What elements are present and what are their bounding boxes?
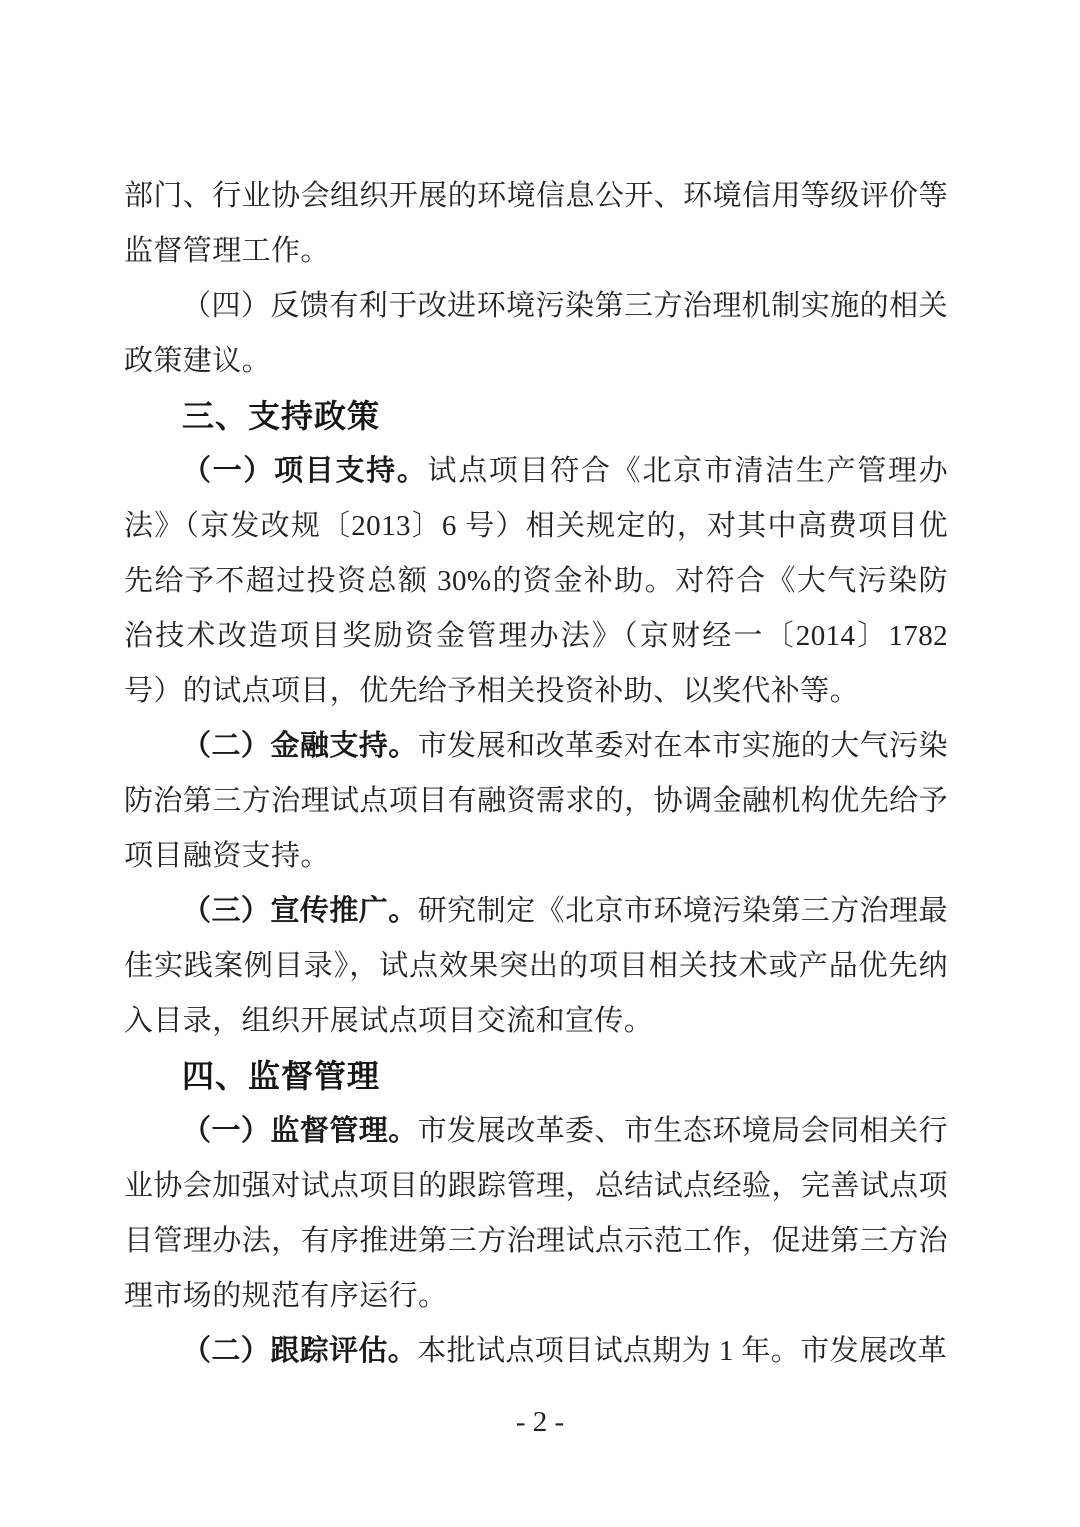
paragraph-text: （四）反馈有利于改进环境污染第三方治理机制实施的相关政策建议。 <box>124 290 948 377</box>
paragraph-continuation: 部门、行业协会组织开展的环境信息公开、环境信用等级评价等监督管理工作。 <box>124 169 948 279</box>
paragraph-supervision-management: （一）监督管理。市发展改革委、市生态环境局会同相关行业协会加强对试点项目的跟踪管… <box>124 1104 948 1324</box>
document-page: 部门、行业协会组织开展的环境信息公开、环境信用等级评价等监督管理工作。 （四）反… <box>0 0 1080 1527</box>
paragraph-text: 部门、行业协会组织开展的环境信息公开、环境信用等级评价等监督管理工作。 <box>124 180 948 267</box>
paragraph-lead: （一）监督管理。 <box>182 1115 418 1147</box>
paragraph-project-support: （一）项目支持。试点项目符合《北京市清洁生产管理办法》（京发改规〔2013〕6 … <box>124 444 948 719</box>
paragraph-item-4: （四）反馈有利于改进环境污染第三方治理机制实施的相关政策建议。 <box>124 279 948 389</box>
paragraph-publicity-promotion: （三）宣传推广。研究制定《北京市环境污染第三方治理最佳实践案例目录》，试点效果突… <box>124 884 948 1049</box>
paragraph-tracking-evaluation: （二）跟踪评估。本批试点项目试点期为 1 年。市发展改革 <box>124 1324 948 1379</box>
paragraph-text: 本批试点项目试点期为 1 年。市发展改革 <box>417 1335 947 1367</box>
page-number: - 2 - <box>0 1402 1080 1442</box>
paragraph-financial-support: （二）金融支持。市发展和改革委对在本市实施的大气污染防治第三方治理试点项目有融资… <box>124 719 948 884</box>
section-heading-supervision: 四、监督管理 <box>124 1049 948 1104</box>
paragraph-lead: （二）金融支持。 <box>182 730 418 762</box>
paragraph-lead: （三）宣传推广。 <box>182 895 418 927</box>
paragraph-lead: （二）跟踪评估。 <box>182 1335 417 1367</box>
paragraph-lead: （一）项目支持。 <box>182 455 428 487</box>
section-heading-support-policy: 三、支持政策 <box>124 389 948 444</box>
document-body: 部门、行业协会组织开展的环境信息公开、环境信用等级评价等监督管理工作。 （四）反… <box>124 169 948 1379</box>
paragraph-text: 试点项目符合《北京市清洁生产管理办法》（京发改规〔2013〕6 号）相关规定的，… <box>124 455 948 707</box>
